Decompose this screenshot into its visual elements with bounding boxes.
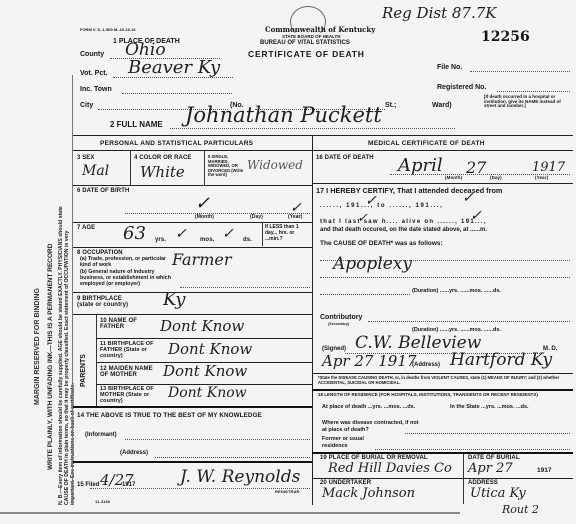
marital-label: 5 SINGLE, MARRIED, WIDOWED, OR DIVORCED …: [208, 155, 250, 178]
age-label: 7 AGE: [77, 225, 95, 231]
certify-line-3: that I last saw h.... alive on ......, 1…: [320, 219, 487, 225]
father-name-value: Dont Know: [160, 317, 244, 335]
registrar-label: REGISTRAR: [275, 490, 299, 494]
file-no-label: File No.: [437, 64, 462, 71]
full-name-value: Johnathan Puckett: [185, 103, 382, 127]
full-name-label: 2 FULL NAME: [110, 120, 163, 129]
dob-month-label: (Month): [195, 215, 214, 220]
row-rule-3: [73, 247, 312, 248]
burial-date-year: 1917: [537, 467, 551, 474]
medical-rule-2: [312, 373, 573, 374]
personal-heading: PERSONAL AND STATISTICAL PARTICULARS: [100, 140, 253, 147]
dob-day-label: (Day): [250, 215, 263, 220]
attended-from-mark: ✓: [365, 193, 377, 209]
at-place-label: At place of death ...yrs. ...mos. ...ds.: [322, 404, 422, 411]
row-rule-5: [73, 314, 312, 315]
occupation-value: Farmer: [172, 250, 232, 269]
form-code: 11-3166: [95, 500, 110, 504]
race-label: 4 COLOR OR RACE: [134, 155, 192, 161]
vot-pct-value: Beaver Ky: [128, 57, 220, 78]
burial-place-value: Red Hill Davies Co: [328, 461, 452, 476]
full-name-field[interactable]: [170, 128, 455, 129]
medical-rule-3: [312, 389, 573, 391]
vot-pct-label: Vot. Pct.: [80, 70, 107, 77]
cause-value: Apoplexy: [333, 254, 412, 274]
age-mos-label: mos.: [200, 237, 214, 243]
registered-no-field[interactable]: [497, 91, 570, 92]
parents-bottom-rule: [73, 406, 312, 408]
date-of-death-month: April: [398, 155, 443, 176]
informant-statement: 14 THE ABOVE IS TRUE TO THE BEST OF MY K…: [77, 413, 262, 420]
certify-line-2: ......, 191..., to ......, 191...,: [320, 203, 443, 209]
undertaker-address-extra: Rout 2: [502, 503, 539, 516]
nb-notice-line-3: important. See instructions on back of c…: [70, 383, 76, 505]
certificate-title: CERTIFICATE OF DEATH: [248, 49, 365, 59]
certificate-number: 12256: [481, 29, 530, 45]
marital-value: Widowed: [247, 158, 303, 172]
city-label: City: [80, 102, 93, 109]
age-days-mark: ✓: [222, 226, 234, 242]
former-residence-field[interactable]: [375, 449, 570, 450]
burial-date-value: Apr 27: [468, 461, 513, 476]
less-than-label: If LESS than 1 day... hrs. or ...min.?: [265, 225, 310, 242]
father-birthplace-value: Dont Know: [168, 340, 252, 358]
informant-address-label: (Address): [120, 450, 148, 456]
binding-margin-text: MARGIN RESERVED FOR BINDING: [34, 288, 41, 405]
occupation-b-label: (b) General nature of industry business,…: [80, 270, 180, 287]
age-ds-label: ds.: [243, 237, 252, 243]
contributory-label: Contributory: [320, 314, 362, 321]
age-years-value: 63: [123, 223, 146, 244]
father-birthplace-label: 11 BIRTHPLACE OF FATHER (State or countr…: [100, 342, 155, 359]
race-value: White: [140, 163, 185, 181]
residence-label: 18 LENGTH OF RESIDENCE (FOR HOSPITALS, I…: [318, 392, 570, 397]
cause-line-2[interactable]: [320, 277, 570, 278]
attended-to-mark: ✓: [462, 190, 474, 206]
board-of-health: STATE BOARD OF HEALTH: [282, 34, 341, 39]
commonwealth-title: Commonwealth of Kentucky: [265, 25, 375, 34]
personal-heading-rule: [73, 150, 312, 151]
inc-town-label: Inc. Town: [80, 86, 112, 93]
registration-district-note: Reg Dist 87.7K: [382, 4, 496, 22]
hospital-note: [If death occurred in a hospital or inst…: [484, 95, 568, 109]
dob-year-label: (Year): [288, 215, 303, 220]
cause-footnote: *State the DISEASE CAUSING DEATH, or, in…: [318, 375, 570, 386]
physician-address-label: (Address): [412, 362, 440, 368]
medical-heading-rule: [312, 150, 573, 151]
physician-address-value: Hartford Ky: [450, 350, 552, 370]
mother-birthplace-label: 13 BIRTHPLACE OF MOTHER (State or countr…: [100, 387, 155, 404]
date-day-label: (Day): [490, 176, 502, 181]
filed-field[interactable]: [90, 488, 310, 489]
mother-name-label: 12 MAIDEN NAME OF MOTHER: [100, 366, 155, 379]
age-yrs-label: yrs.: [155, 237, 166, 243]
dob-label: 6 DATE OF BIRTH: [77, 188, 129, 194]
undertaker-address-value: Utica Ky: [470, 486, 526, 501]
mother-birthplace-value: Dont Know: [168, 385, 247, 401]
informant-address-field[interactable]: [155, 457, 310, 458]
parents-side-label: PARENTS: [80, 354, 87, 387]
burial-rule: [312, 478, 573, 479]
inc-town-field[interactable]: [122, 93, 232, 94]
parents-divider: [96, 314, 97, 406]
row-rule-6: [96, 338, 312, 339]
st-label: St.;: [385, 102, 396, 109]
birthplace-label: 9 BIRTHPLACE (state or country): [77, 296, 137, 309]
section-top-rule: [73, 135, 573, 136]
medical-heading: MEDICAL CERTIFICATE OF DEATH: [368, 140, 485, 147]
contributory-field[interactable]: [368, 321, 570, 322]
sex-value: Mal: [82, 163, 109, 179]
father-name-label: 10 NAME OF FATHER: [100, 318, 150, 331]
undertaker-value: Mack Johnson: [322, 486, 415, 501]
signed-date: Apr 27 1917: [322, 352, 416, 370]
date-year-label: (Year): [535, 176, 548, 181]
form-number: FORM V. S.-1-500 M.-10-19-16: [80, 27, 136, 32]
alive-on-mark: ✓: [470, 208, 482, 224]
certify-line-4: and that death occured, on the date stat…: [320, 227, 487, 233]
ward-label: Ward): [432, 102, 452, 109]
registered-no-label: Registered No.: [437, 84, 486, 91]
dob-month-mark: ✓: [195, 193, 210, 214]
medical-rule-1: [312, 183, 573, 184]
date-of-death-label: 16 DATE OF DEATH: [316, 155, 374, 161]
mother-name-value: Dont Know: [163, 362, 247, 380]
medical-rule-4: [312, 452, 573, 454]
secondary-label: (Secondary): [328, 323, 349, 327]
former-residence-label: Former or usual residence: [322, 436, 382, 449]
row-rule-2: [73, 222, 312, 223]
row-rule-1: [73, 185, 312, 186]
row-rule-4: [73, 292, 312, 293]
county-label: County: [80, 51, 104, 58]
age-less-divider: [262, 222, 263, 246]
registrar-signature: J. W. Reynolds: [180, 467, 300, 487]
center-divider: [312, 135, 313, 505]
in-state-label: In the State ...yrs. ...mos. ...ds.: [450, 404, 572, 411]
dob-field[interactable]: [125, 213, 310, 214]
cause-label: The CAUSE OF DEATH* was as follows:: [320, 240, 443, 247]
contracted-label: Where was disease contracted, if not at …: [322, 420, 422, 433]
age-months-mark: ✓: [175, 226, 187, 242]
informant-label: (Informant): [85, 432, 117, 438]
file-no-field[interactable]: [470, 71, 570, 72]
form-left-border: [72, 75, 73, 505]
ink-notice-text: WRITE PLAINLY, WITH UNFADING INK—THIS IS…: [47, 244, 54, 470]
sex-label: 3 SEX: [77, 155, 95, 161]
birthplace-value: Ky: [163, 289, 185, 310]
sex-race-divider: [130, 151, 131, 185]
burial-divider: [463, 454, 464, 504]
date-of-death-year: 1917: [532, 160, 565, 175]
occupation-a-label: (a) Trade, profession, or particular kin…: [80, 257, 170, 269]
informant-field[interactable]: [125, 439, 310, 440]
page-bottom-edge: [0, 512, 460, 514]
date-month-label: (Month): [445, 176, 462, 181]
contracted-field[interactable]: [405, 433, 570, 434]
informant-bottom-rule: [73, 461, 312, 463]
cause-duration: (Duration) ......yrs. ......mos. ......d…: [412, 288, 501, 294]
last-saw-mark: ✓: [357, 211, 368, 226]
occupation-field[interactable]: [180, 287, 310, 288]
bureau-vital-statistics: BUREAU OF VITAL STATISTICS: [260, 40, 350, 46]
cause-line-3[interactable]: [320, 294, 410, 295]
certify-text: 17 I HEREBY CERTIFY, That I attended dec…: [316, 186, 502, 195]
race-marital-divider: [204, 151, 205, 185]
